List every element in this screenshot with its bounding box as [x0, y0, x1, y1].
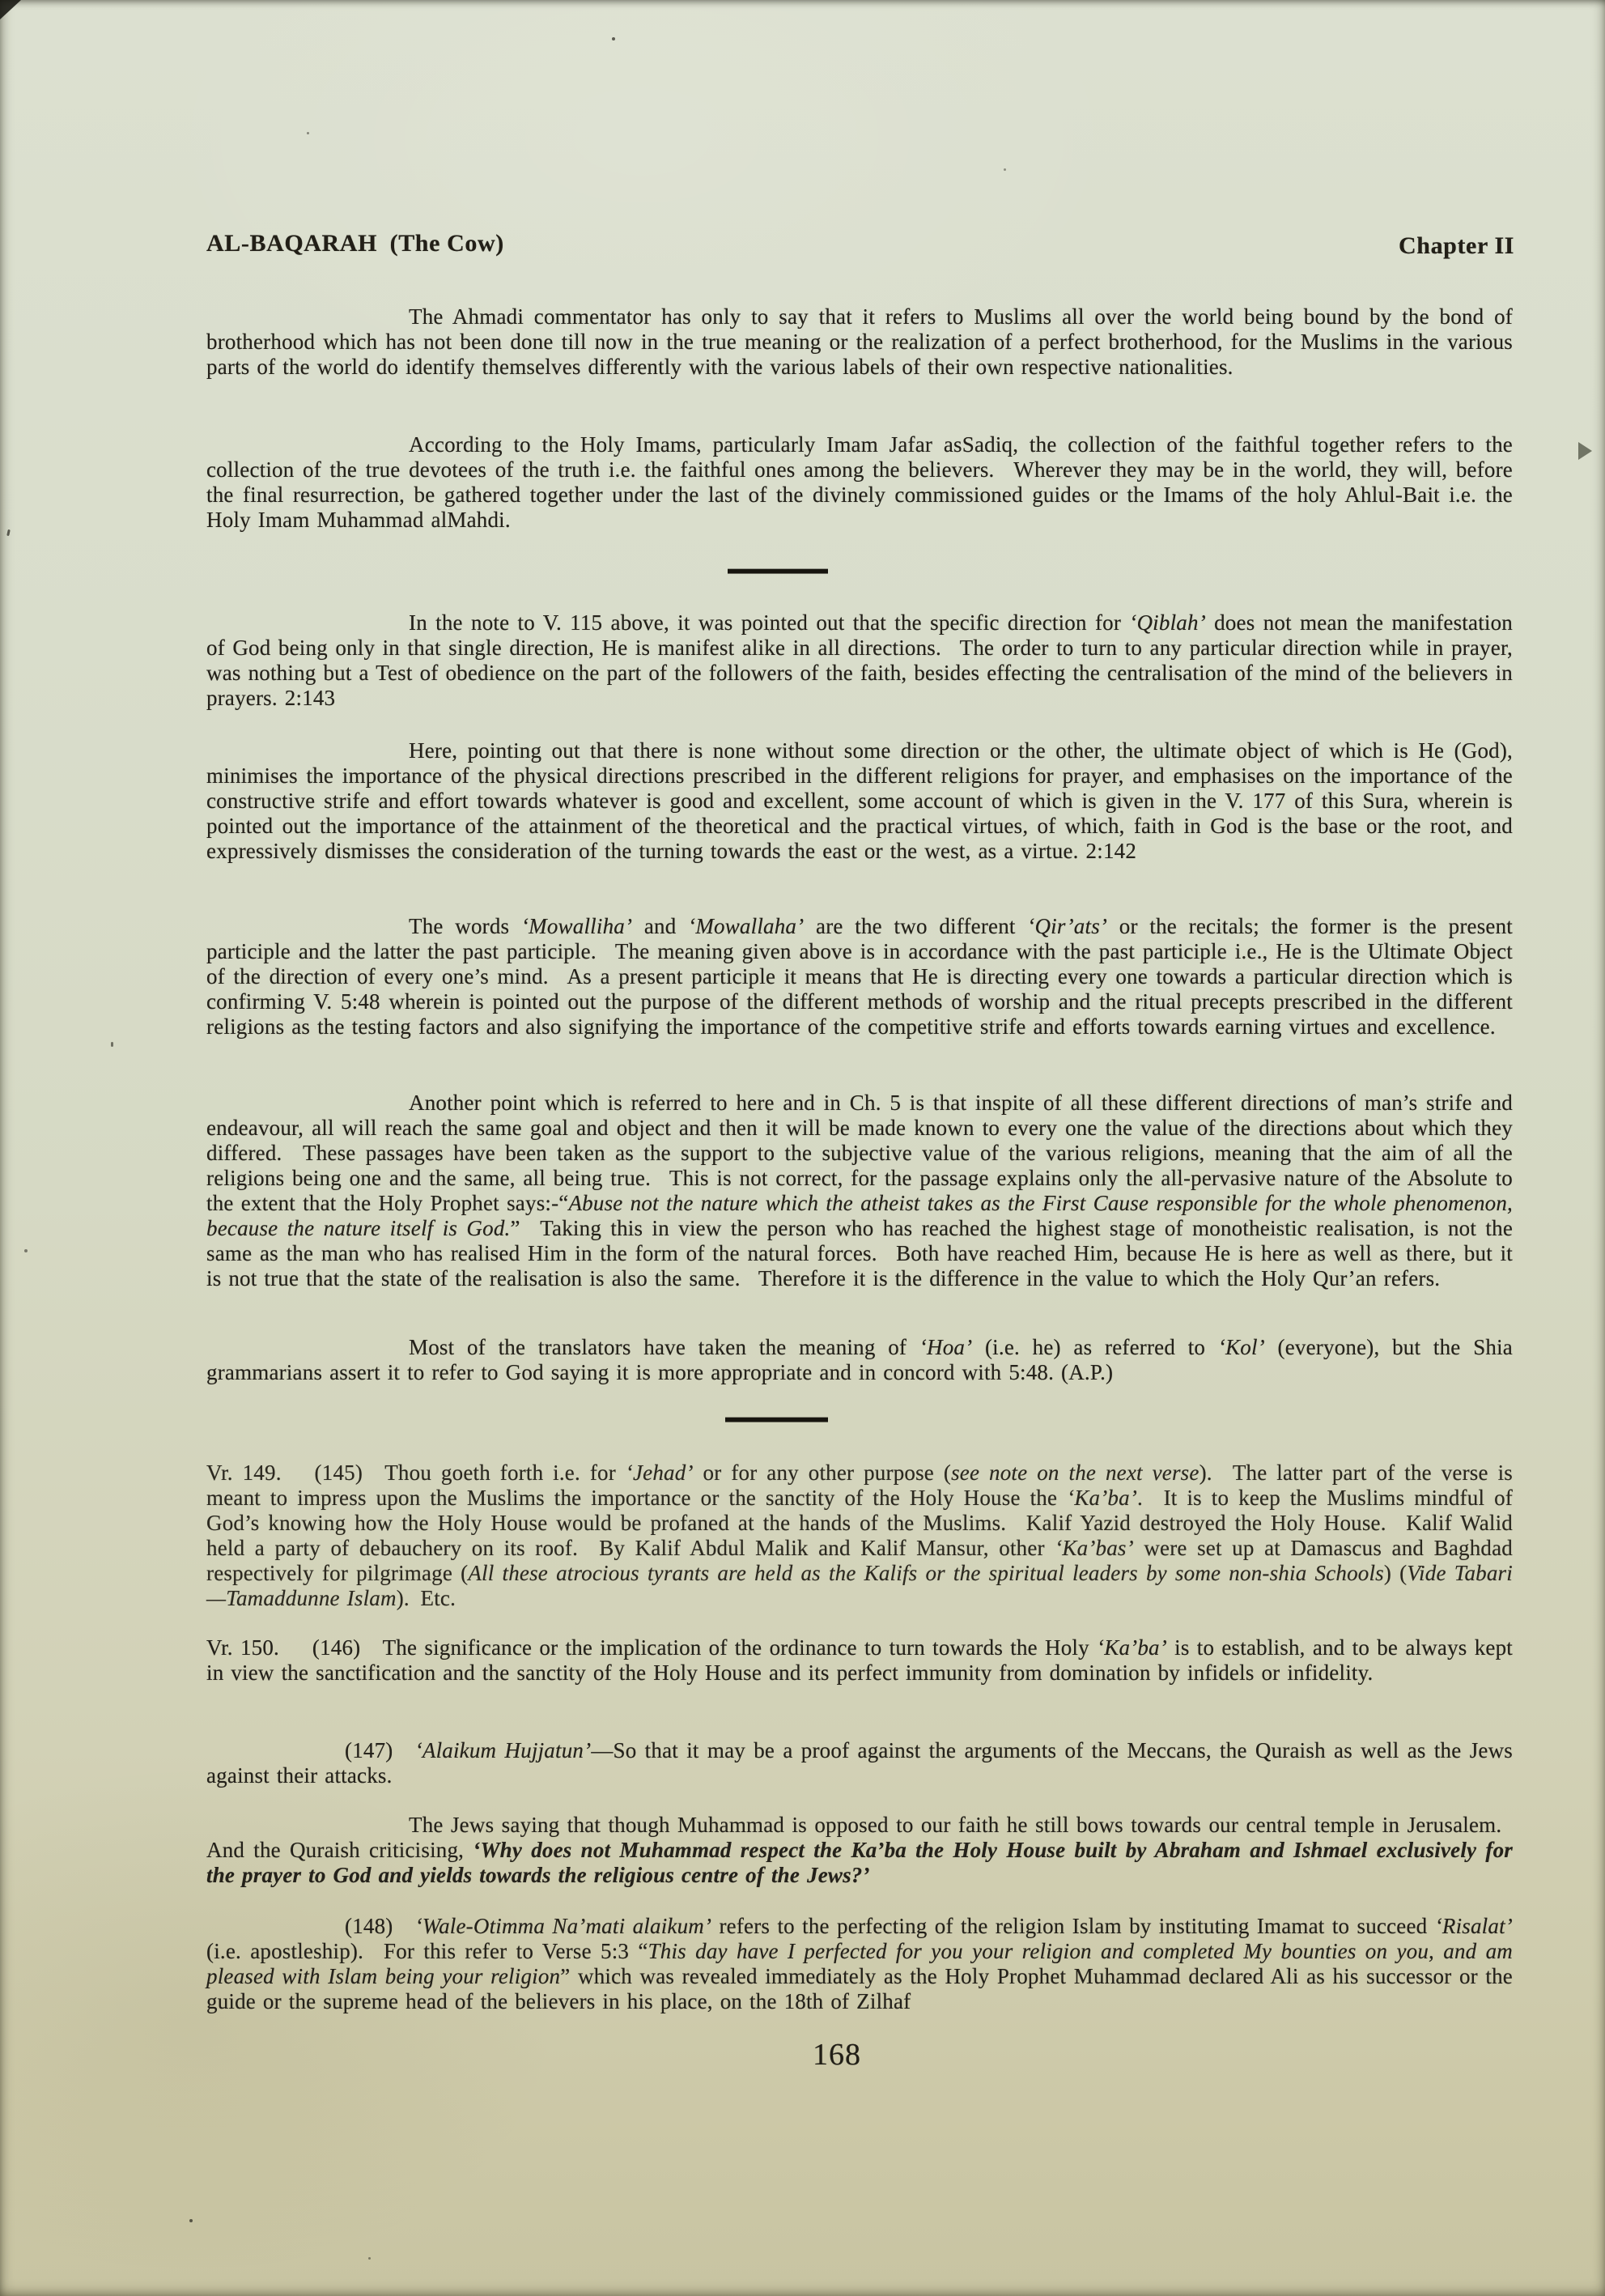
- running-header-title: AL-BAQARAH (The Cow): [206, 230, 504, 257]
- text-segment: ) (: [1384, 1561, 1407, 1585]
- text-segment: Most of the translators have taken the m…: [409, 1335, 919, 1359]
- text-segment: ‘Kol’: [1218, 1335, 1265, 1359]
- ink-speck: [1004, 168, 1006, 171]
- text-segment: ‘Risalat’: [1435, 1914, 1513, 1938]
- text-segment: ‘Qir’ats’: [1027, 914, 1107, 938]
- body-paragraph: Most of the translators have taken the m…: [206, 1335, 1513, 1385]
- text-segment: (147): [345, 1738, 415, 1762]
- text-segment: The Ahmadi commentator has only to say t…: [206, 304, 1513, 379]
- text-segment: (148): [345, 1914, 415, 1938]
- text-segment: (i.e. apostleship). For this refer to Ve…: [206, 1939, 648, 1963]
- text-segment: ‘Qiblah’: [1129, 610, 1206, 635]
- text-segment: ‘Mowallaha’: [688, 914, 804, 938]
- ink-speck: [307, 132, 309, 134]
- text-segment: In the note to V. 115 above, it was poin…: [409, 610, 1129, 635]
- section-divider-rule: [728, 569, 828, 573]
- ink-speck: [189, 2219, 193, 2222]
- ink-speck: [111, 1042, 113, 1047]
- verse-note-paragraph: Vr. 150. (146) The significance or the i…: [206, 1635, 1513, 1686]
- scan-edge-mark: [1578, 442, 1592, 460]
- page-number: 168: [813, 2037, 861, 2073]
- text-segment: ‘Ka’ba’: [1097, 1635, 1167, 1660]
- text-segment: Vr. 149. (145) Thou goeth forth i.e. for: [206, 1461, 626, 1485]
- ink-speck: [612, 37, 615, 40]
- section-divider-rule: [725, 1418, 828, 1422]
- body-paragraph: The Jews saying that though Muhammad is …: [206, 1813, 1513, 1888]
- text-segment: According to the Holy Imams, particularl…: [206, 432, 1513, 532]
- text-segment: The words: [409, 914, 521, 938]
- text-segment: or for any other purpose (: [694, 1461, 951, 1485]
- body-paragraph: Another point which is referred to here …: [206, 1091, 1513, 1291]
- text-segment: are the two different: [804, 914, 1027, 938]
- numbered-note-paragraph: (147) ‘Alaikum Hujjatun’—So that it may …: [206, 1738, 1513, 1788]
- verse-note-paragraph: Vr. 149. (145) Thou goeth forth i.e. for…: [206, 1461, 1513, 1611]
- text-segment: Here, pointing out that there is none wi…: [206, 738, 1513, 863]
- text-segment: ‘Jehad’: [626, 1461, 694, 1485]
- text-segment: ‘Mowalliha’: [521, 914, 632, 938]
- text-segment: ‘Ka’ba’: [1067, 1486, 1137, 1510]
- text-segment: ‘Ka’bas’: [1055, 1536, 1134, 1560]
- body-paragraph: In the note to V. 115 above, it was poin…: [206, 610, 1513, 711]
- scan-corner-artifact: [0, 0, 21, 19]
- text-segment: see note on the next verse: [951, 1461, 1200, 1485]
- text-segment: All these atrocious tyrants are held as …: [468, 1561, 1384, 1585]
- body-paragraph: The Ahmadi commentator has only to say t…: [206, 304, 1513, 380]
- ink-speck: [24, 1249, 28, 1252]
- running-header-chapter: Chapter II: [1399, 232, 1514, 260]
- text-segment: ). Etc.: [397, 1586, 456, 1610]
- text-segment: ‘Hoa’: [919, 1335, 972, 1359]
- ink-speck: [368, 2257, 371, 2260]
- scanned-book-page: AL-BAQARAH (The Cow) Chapter II The Ahma…: [0, 0, 1605, 2296]
- ink-speck: [6, 529, 11, 536]
- text-segment: Vr. 150. (146) The significance or the i…: [206, 1635, 1097, 1660]
- text-segment: ‘Wale-Otimma Na’mati alaikum’: [415, 1914, 711, 1938]
- text-segment: ‘Alaikum Hujjatun’: [415, 1738, 592, 1762]
- text-segment: and: [632, 914, 688, 938]
- body-paragraph: Here, pointing out that there is none wi…: [206, 738, 1513, 864]
- text-segment: refers to the perfecting of the religion…: [711, 1914, 1435, 1938]
- numbered-note-paragraph: (148) ‘Wale-Otimma Na’mati alaikum’ refe…: [206, 1914, 1513, 2014]
- body-paragraph: According to the Holy Imams, particularl…: [206, 432, 1513, 533]
- body-paragraph: The words ‘Mowalliha’ and ‘Mowallaha’ ar…: [206, 914, 1513, 1040]
- text-segment: (i.e. he) as referred to: [972, 1335, 1218, 1359]
